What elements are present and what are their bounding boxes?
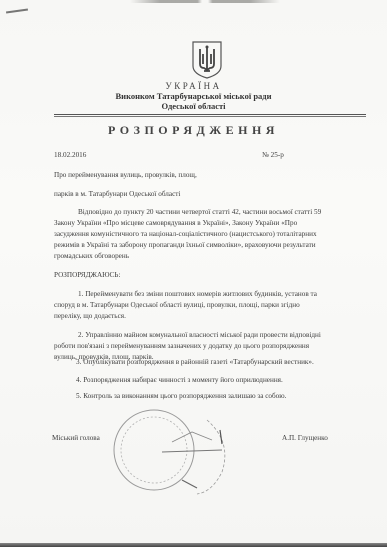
subject-line-1: Про перейменування вулиць, провулків, пл… (54, 171, 197, 179)
signatory-position: Міський голова (52, 434, 100, 442)
order-item-4: 4. Розпорядження набирає чинності з моме… (76, 376, 283, 384)
pen-mark (6, 8, 28, 13)
document-date: 18.02.2016 (54, 151, 86, 159)
item-line: переліку, що додається. (54, 312, 126, 320)
region-name: Одеської області (0, 101, 387, 111)
preamble-line: Відповідно до пункту 20 частини четверто… (78, 208, 321, 216)
preamble-line: режимів в Україні та заборону пропаганди… (54, 241, 316, 249)
item-line: 1. Перейменувати без зміни поштових номе… (78, 290, 317, 298)
preamble-line: засудження комуністичного та націонал-со… (54, 230, 317, 238)
subject-line-2: парків в м. Татарбунари Одеської області (54, 190, 180, 198)
country-name: УКРАЇНА (0, 81, 387, 91)
scan-shadow (130, 0, 280, 3)
preamble-line: громадських обговорень (54, 252, 129, 260)
order-item-3: 3. Опублікувати розпорядження в районній… (76, 358, 314, 366)
document-title: РОЗПОРЯДЖЕННЯ (0, 123, 387, 138)
header-divider (54, 114, 366, 115)
document-page: УКРАЇНА Виконком Татарбунарської міської… (0, 0, 387, 547)
order-word: РОЗПОРЯДЖАЮСЬ: (54, 271, 120, 279)
organization-name: Виконком Татарбунарської міської ради (0, 91, 387, 101)
signatory-name: А.П. Глущенко (282, 434, 328, 442)
item-line: роботи пов'язані з перейменуванням зазна… (54, 342, 309, 350)
official-seal-stamp-icon (112, 402, 242, 502)
item-line: 2. Управлінню майном комунальної власнос… (78, 331, 321, 339)
item-line: споруд в м. Татарбунари Одеської області… (54, 301, 300, 309)
scan-edge (0, 543, 387, 547)
order-item-5: 5. Контроль за виконанням цього розпоряд… (76, 392, 286, 400)
trident-coat-of-arms-icon (191, 40, 223, 80)
preamble-line: Закону України «Про місцеве самоврядуван… (54, 219, 297, 227)
document-number: № 25-р (262, 151, 284, 159)
header-divider-thin (54, 116, 366, 117)
